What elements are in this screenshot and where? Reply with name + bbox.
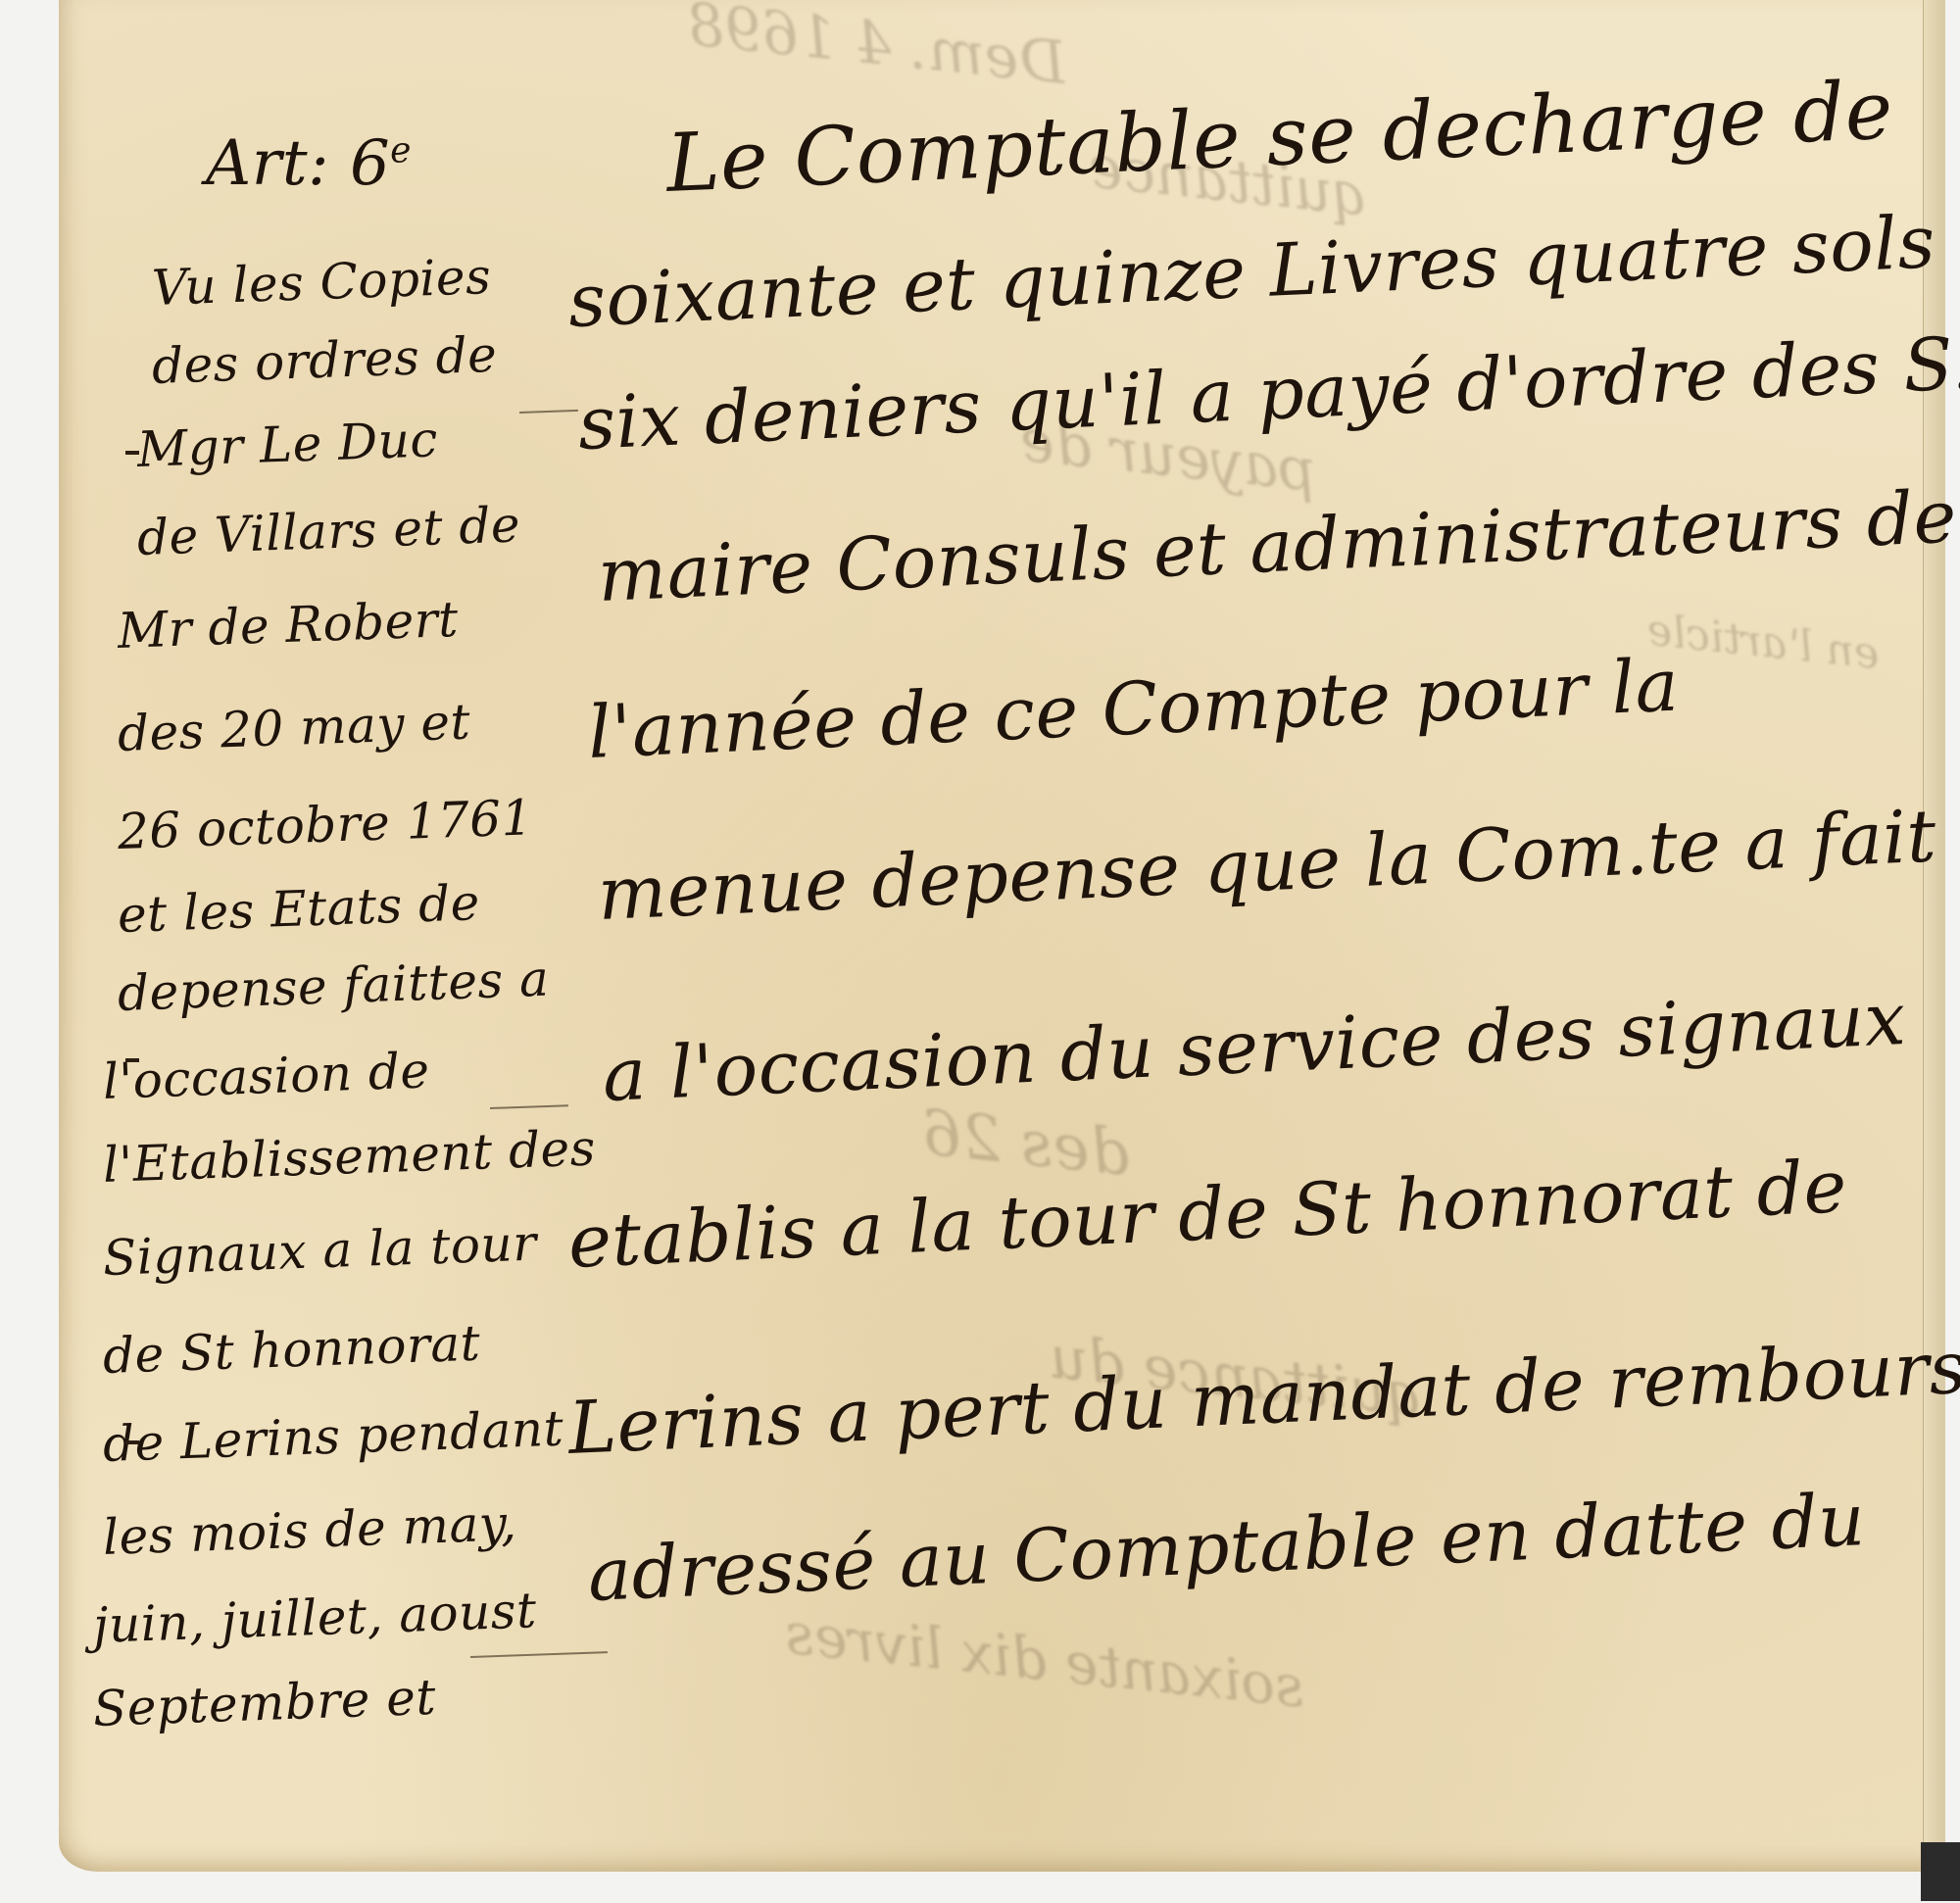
bleed-through-text: Dem. 4 1698 — [683, 0, 1069, 98]
margin-note-line: Signaux a la tour — [102, 1215, 538, 1287]
margin-note-line: de St honnorat — [102, 1315, 481, 1385]
margin-note-line: et les Etats de — [117, 874, 481, 944]
body-line: soixante et quinze Livres quatre sols — [566, 200, 1936, 344]
margin-tick — [125, 451, 139, 455]
margin-note-line: Septembre et — [92, 1669, 437, 1737]
bleed-through-text: en l'article — [1644, 606, 1882, 680]
margin-note-line: Mgr Le Duc — [136, 411, 439, 478]
article-suffix: e — [390, 131, 412, 171]
body-line: l'année de ce Compte pour la — [586, 643, 1681, 775]
margin-note-line: juin, juillet, aoust — [92, 1582, 537, 1654]
margin-tick — [125, 1440, 139, 1444]
body-line: etablis a la tour de St honnorat de — [566, 1145, 1848, 1285]
article-label: Art: 6e — [206, 127, 412, 200]
margin-note-line: l'occasion de — [102, 1042, 430, 1110]
margin-note-line: depense faittes a — [117, 951, 550, 1022]
margin-tick — [125, 1058, 139, 1062]
body-line: adressé au Comptable en datte du — [586, 1478, 1867, 1618]
margin-note-line: de Villars et de — [136, 496, 521, 566]
margin-note-line: Mr de Robert — [117, 591, 460, 659]
margin-note-line: des 20 may et — [117, 693, 471, 762]
margin-note-line: de Lerins pendant — [102, 1400, 564, 1473]
margin-note-line: l'Etablissement des — [102, 1119, 597, 1194]
paper-page: Dem. 4 1698 quittance payeur de en l'art… — [59, 0, 1945, 1872]
article-number: Art: 6 — [206, 127, 390, 200]
bleed-through-text: soixante dix livres — [782, 1599, 1308, 1720]
margin-rule — [519, 410, 578, 414]
margin-note-line: les mois de may, — [102, 1494, 517, 1566]
margin-rule — [470, 1651, 608, 1658]
margin-note-line: 26 octobre 1761 — [117, 789, 534, 860]
binding-corner — [1921, 1842, 1960, 1901]
margin-note-line: des ordres de — [151, 326, 498, 395]
margin-note-line: Vu les Copies — [151, 248, 492, 317]
manuscript-scan: Dem. 4 1698 quittance payeur de en l'art… — [0, 0, 1960, 1903]
body-line: Lerins a pert du mandat de remboursement — [566, 1315, 1960, 1471]
margin-rule — [490, 1104, 568, 1109]
body-line: a l'occasion du service des signaux — [601, 977, 1907, 1118]
body-line: menue depense que la Com.te a fait — [596, 794, 1937, 937]
